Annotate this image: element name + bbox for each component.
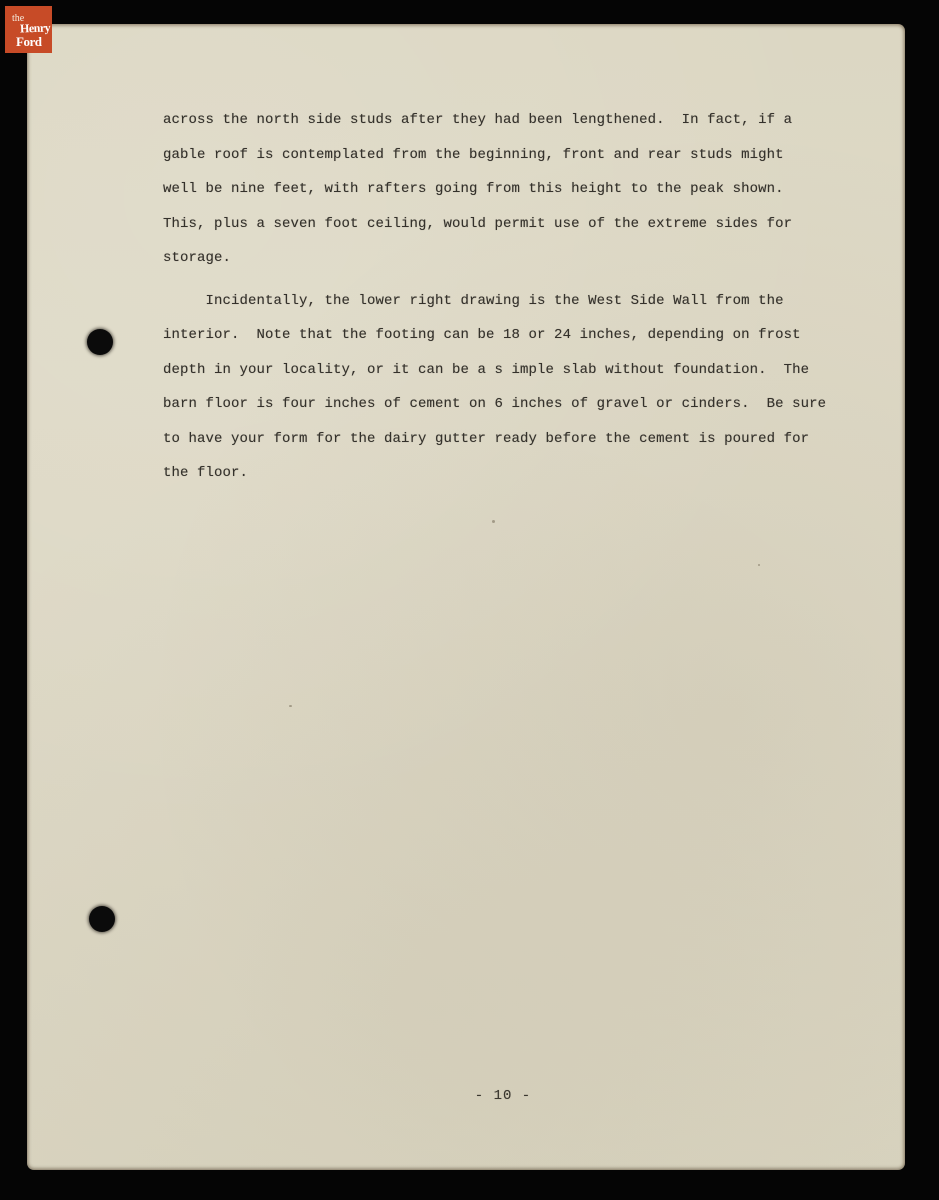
punch-hole-bottom [89, 906, 115, 932]
logo-word-ford: Ford [16, 35, 41, 48]
henry-ford-logo: the Henry Ford [5, 6, 52, 53]
typed-line: storage. [163, 241, 863, 276]
typed-line: across the north side studs after they h… [163, 103, 863, 138]
typed-line: to have your form for the dairy gutter r… [163, 422, 863, 457]
typed-line: gable roof is contemplated from the begi… [163, 138, 863, 173]
page-number: - 10 - [163, 1088, 843, 1104]
typed-line: interior. Note that the footing can be 1… [163, 318, 863, 353]
typed-text-block: across the north side studs after they h… [163, 103, 863, 491]
punch-hole-top [87, 329, 113, 355]
paper-speck [758, 564, 760, 566]
typed-line: depth in your locality, or it can be a s… [163, 353, 863, 388]
typed-line: the floor. [163, 456, 863, 491]
paragraph-2: Incidentally, the lower right drawing is… [163, 284, 863, 491]
typed-line: Incidentally, the lower right drawing is… [163, 284, 863, 319]
typed-line: This, plus a seven foot ceiling, would p… [163, 207, 863, 242]
logo-word-henry: Henry [20, 21, 51, 34]
scan-background: across the north side studs after they h… [0, 0, 939, 1200]
paragraph-1: across the north side studs after they h… [163, 103, 863, 276]
paper-speck [492, 520, 495, 523]
paper-speck [289, 705, 292, 707]
typed-line: barn floor is four inches of cement on 6… [163, 387, 863, 422]
typed-line: well be nine feet, with rafters going fr… [163, 172, 863, 207]
